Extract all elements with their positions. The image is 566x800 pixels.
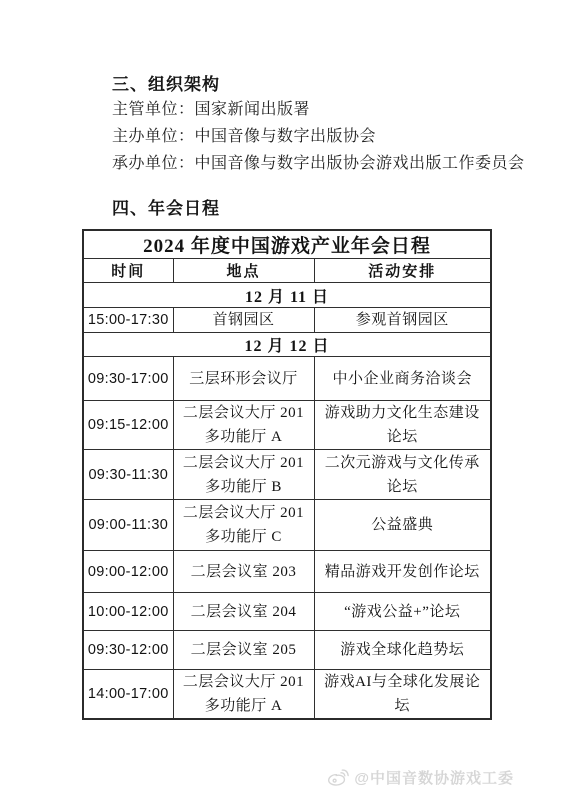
weibo-watermark: @中国音数协游戏工委 (327, 767, 514, 788)
table-row: 09:30-17:00 三层环形会议厅 中小企业商务洽谈会 (83, 357, 491, 401)
event-location: 二层会议室 205 (173, 631, 314, 670)
event-time: 09:30-17:00 (83, 357, 173, 401)
event-location: 二层会议室 204 (173, 593, 314, 631)
event-activity: 精品游戏开发创作论坛 (314, 551, 491, 593)
org-item-supervisor: 主管单位：国家新闻出版署 (112, 96, 525, 123)
table-row: 09:30-12:00 二层会议室 205 游戏全球化趋势坛 (83, 631, 491, 670)
watermark-text: @中国音数协游戏工委 (354, 767, 514, 788)
table-row: 09:00-11:30 二层会议大厅 201 多功能厅 C 公益盛典 (83, 500, 491, 551)
column-header-time: 时间 (83, 259, 173, 283)
event-activity: 二次元游戏与文化传承 论坛 (314, 450, 491, 500)
event-time: 09:00-12:00 (83, 551, 173, 593)
event-activity: 游戏AI与全球化发展论坛 (314, 670, 491, 720)
event-location: 三层环形会议厅 (173, 357, 314, 401)
section-heading-organization: 三、组织架构 (112, 70, 220, 95)
table-row: 15:00-17:30 首钢园区 参观首钢园区 (83, 308, 491, 333)
org-item-host: 主办单位：中国音像与数字出版协会 (112, 123, 525, 150)
table-title-row: 2024 年度中国游戏产业年会日程 (83, 230, 491, 259)
table-row: 10:00-12:00 二层会议室 204 “游戏公益+”论坛 (83, 593, 491, 631)
document-page: 三、组织架构 主管单位：国家新闻出版署 主办单位：中国音像与数字出版协会 承办单… (0, 0, 566, 800)
event-time: 09:00-11:30 (83, 500, 173, 551)
section-heading-schedule: 四、年会日程 (112, 194, 220, 219)
table-title: 2024 年度中国游戏产业年会日程 (83, 230, 491, 259)
event-time: 09:30-12:00 (83, 631, 173, 670)
event-activity: 公益盛典 (314, 500, 491, 551)
event-time: 15:00-17:30 (83, 308, 173, 333)
event-activity: “游戏公益+”论坛 (314, 593, 491, 631)
event-activity: 参观首钢园区 (314, 308, 491, 333)
org-item-organizer: 承办单位：中国音像与数字出版协会游戏出版工作委员会 (112, 150, 525, 177)
event-location: 二层会议室 203 (173, 551, 314, 593)
table-row: 14:00-17:00 二层会议大厅 201 多功能厅 A 游戏AI与全球化发展… (83, 670, 491, 720)
column-header-activity: 活动安排 (314, 259, 491, 283)
date-label: 12 月 11 日 (83, 283, 491, 308)
event-time: 09:15-12:00 (83, 401, 173, 450)
event-activity: 游戏全球化趋势坛 (314, 631, 491, 670)
event-time: 09:30-11:30 (83, 450, 173, 500)
column-header-location: 地点 (173, 259, 314, 283)
event-location: 二层会议大厅 201 多功能厅 A (173, 670, 314, 720)
table-row: 09:15-12:00 二层会议大厅 201 多功能厅 A 游戏助力文化生态建设… (83, 401, 491, 450)
schedule-table: 2024 年度中国游戏产业年会日程 时间 地点 活动安排 12 月 11 日 1… (82, 229, 492, 720)
weibo-icon (327, 769, 349, 787)
organization-list: 主管单位：国家新闻出版署 主办单位：中国音像与数字出版协会 承办单位：中国音像与… (112, 96, 525, 177)
date-row-dec-11: 12 月 11 日 (83, 283, 491, 308)
table-row: 09:00-12:00 二层会议室 203 精品游戏开发创作论坛 (83, 551, 491, 593)
event-location: 首钢园区 (173, 308, 314, 333)
event-time: 10:00-12:00 (83, 593, 173, 631)
event-activity: 中小企业商务洽谈会 (314, 357, 491, 401)
date-label: 12 月 12 日 (83, 333, 491, 357)
event-location: 二层会议大厅 201 多功能厅 C (173, 500, 314, 551)
table-row: 09:30-11:30 二层会议大厅 201 多功能厅 B 二次元游戏与文化传承… (83, 450, 491, 500)
event-activity: 游戏助力文化生态建设 论坛 (314, 401, 491, 450)
event-location: 二层会议大厅 201 多功能厅 B (173, 450, 314, 500)
table-header-row: 时间 地点 活动安排 (83, 259, 491, 283)
date-row-dec-12: 12 月 12 日 (83, 333, 491, 357)
event-time: 14:00-17:00 (83, 670, 173, 720)
event-location: 二层会议大厅 201 多功能厅 A (173, 401, 314, 450)
